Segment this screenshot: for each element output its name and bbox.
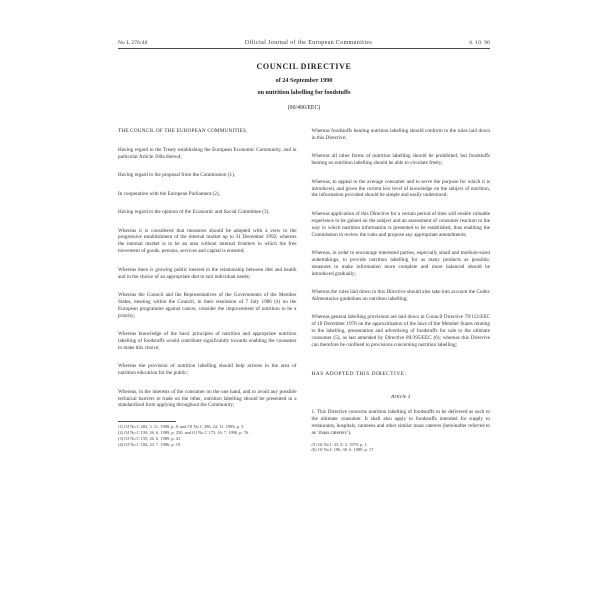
two-column-body: THE COUNCIL OF THE EUROPEAN COMMUNITIES,… [118, 128, 490, 453]
recital-paragraph: Whereas knowledge of the basic principle… [118, 331, 297, 352]
recital-paragraph: Whereas, to appeal to the average consum… [312, 179, 491, 200]
recital-paragraph: Whereas foodstuffs bearing nutrition lab… [312, 128, 491, 142]
title-block: COUNCIL DIRECTIVE of 24 September 1990 o… [118, 62, 490, 111]
issue-date: 6. 10. 90 [469, 40, 490, 46]
header-rule [118, 48, 490, 49]
footnote: (5) OJ No L 33, 8. 2. 1979, p. 1. [312, 442, 460, 447]
article-1-paragraph: 1. This Directive concerns nutrition lab… [312, 409, 491, 437]
right-column: Whereas foodstuffs bearing nutrition lab… [312, 128, 491, 453]
enacting-formula: HAS ADOPTED THIS DIRECTIVE: [312, 371, 491, 377]
footnote-block-right: (5) OJ No L 33, 8. 2. 1979, p. 1. (6) OJ… [312, 442, 460, 453]
recital-paragraph: Whereas it is considered that measures s… [118, 228, 297, 256]
footnote: (4) OJ No C 184, 23. 7. 1986, p. 19. [118, 442, 266, 447]
recital-paragraph: Whereas all other forms of nutrition lab… [312, 153, 491, 167]
recital-paragraph: Whereas the Council and the Representati… [118, 292, 297, 320]
recital-paragraph: Whereas there is growing public interest… [118, 267, 297, 281]
directive-kind: COUNCIL DIRECTIVE [118, 62, 490, 71]
directive-number: (90/496/EEC) [118, 105, 490, 111]
preamble-paragraph: In cooperation with the European Parliam… [118, 191, 297, 198]
footnote-block-left: (1) OJ No C 282, 5. 11. 1988, p. 8, and … [118, 424, 266, 447]
preamble-paragraph: Having regard to the Treaty establishing… [118, 147, 297, 161]
running-head: No L 276/40 Official Journal of the Euro… [118, 40, 490, 46]
recital-paragraph: Whereas, in order to encourage intereste… [312, 250, 491, 278]
recital-paragraph: Whereas the rules laid down in this Dire… [312, 289, 491, 303]
recital-paragraph: Whereas general labelling provisions are… [312, 314, 491, 349]
footnote: (1) OJ No C 282, 5. 11. 1988, p. 8, and … [118, 424, 266, 429]
footnote: (6) OJ No L 186, 30. 6. 1989, p. 17. [312, 447, 460, 452]
preamble-opening: THE COUNCIL OF THE EUROPEAN COMMUNITIES, [118, 128, 297, 134]
directive-date: of 24 September 1990 [118, 77, 490, 84]
journal-title: Official Journal of the European Communi… [245, 40, 372, 46]
article-1-heading: Article 1 [312, 394, 491, 400]
recital-paragraph: Whereas application of this Directive fo… [312, 211, 491, 239]
recital-paragraph: Whereas the provision of nutrition label… [118, 363, 297, 377]
page-reference: No L 276/40 [118, 40, 148, 46]
footnote: (3) OJ No C 159, 26. 6. 1989, p. 41. [118, 436, 266, 441]
directive-subject: on nutrition labelling for foodstuffs [118, 89, 490, 96]
footnote: (2) OJ No C 158, 26. 6. 1989, p. 250, an… [118, 430, 266, 435]
left-column: THE COUNCIL OF THE EUROPEAN COMMUNITIES,… [118, 128, 297, 453]
footnote-rule [118, 421, 176, 422]
preamble-paragraph: Having regard to the proposal from the C… [118, 172, 297, 179]
scanned-directive-page: No L 276/40 Official Journal of the Euro… [118, 40, 490, 570]
recital-paragraph: Whereas, in the interests of the consume… [118, 389, 297, 410]
preamble-paragraph: Having regard to the opinion of the Econ… [118, 209, 297, 216]
